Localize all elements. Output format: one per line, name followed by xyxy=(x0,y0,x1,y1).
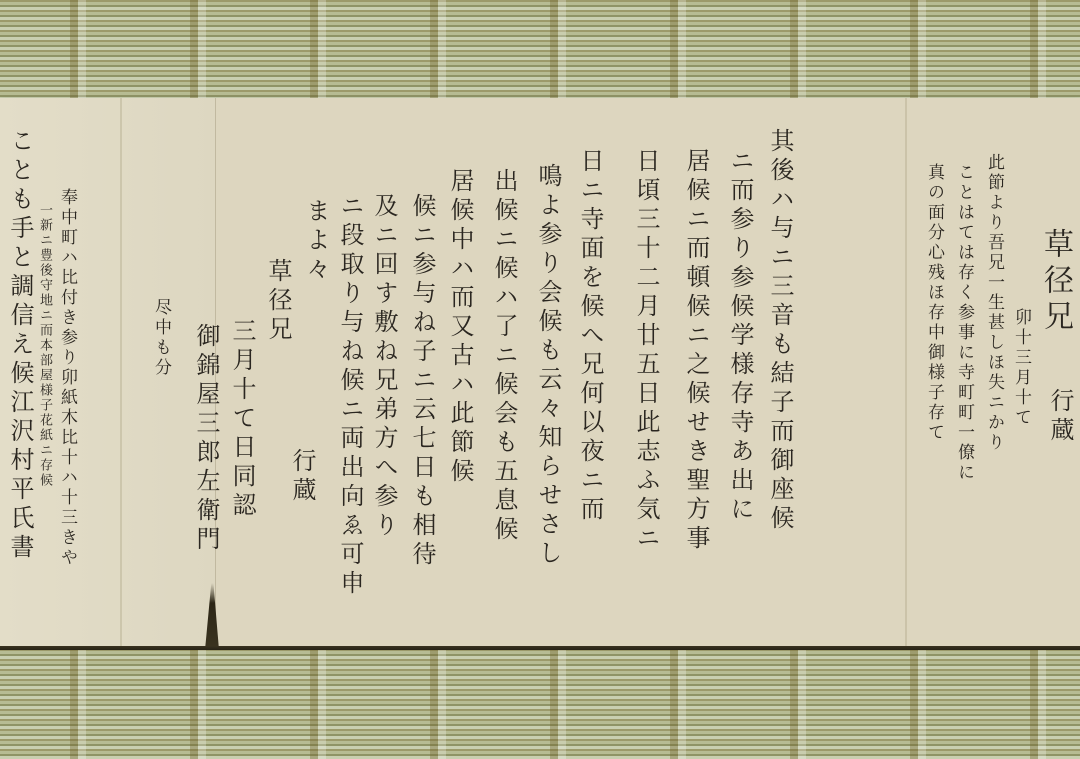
closing-addressee: 草径兄 xyxy=(266,258,290,345)
body-column: 居候ニ而頓候ニ之候せき聖方事 xyxy=(684,148,708,554)
body-column: 及ニ回す敷ね兄弟方へ参り xyxy=(372,193,396,541)
postscript-column: 奉中町ハ比付き参り卯紙木比十ハ十三きや xyxy=(58,188,75,568)
closing-date: 三月十て日同認 xyxy=(230,318,254,521)
body-column: ニ而参り参候学様存寺あ出に xyxy=(728,148,752,525)
body-column: 其後ハ与ニ三音も結子而御座候 xyxy=(768,128,792,534)
closing-line: 尽中も分 xyxy=(152,298,169,378)
tatami-mat-top xyxy=(0,0,1080,100)
opening-column: 此節より吾兄一生甚しほ失ニかり xyxy=(985,153,1002,453)
paper-seam xyxy=(120,98,122,650)
body-column: 日ニ寺面を候へ兄何以夜ニ而 xyxy=(578,148,602,525)
body-column: 候ニ参与ね子ニ云七日も相待 xyxy=(410,193,434,570)
body-column: ニ段取り与ね候ニ両出向ゑ可申 xyxy=(338,193,362,599)
body-column: 日頃三十二月廿五日此志ふ気ニ xyxy=(634,148,658,554)
opening-column: 真の面分心残ほ存中御様子存て xyxy=(925,163,942,443)
body-column: 出候ニ候ハ了ニ候会も五息候 xyxy=(492,168,516,545)
letter-scroll: 草径兄 卯十三月十て 行蔵 此節より吾兄一生甚しほ失ニかり ことはては存く参事に… xyxy=(0,98,1080,650)
body-column: 居候中ハ而又古ハ此節候 xyxy=(448,168,472,487)
tatami-mat-bottom xyxy=(0,650,1080,759)
paper-seam-right xyxy=(905,98,907,650)
body-column: 鳴よ参り会候も云々知らせさし xyxy=(536,163,560,569)
opening-column: ことはては存く参事に寺町町一僚に xyxy=(955,163,972,483)
postscript-column: ことも手と調信え候江沢村平氏書 xyxy=(8,128,32,563)
postscript-column: 一新ニ豊後守地ニ而本部屋様子花紙ニ存候 xyxy=(38,203,51,488)
letter-addressee-heading: 草径兄 xyxy=(1040,228,1070,336)
letter-date-note: 卯十三月十て xyxy=(1012,308,1029,428)
letter-sender-heading: 行蔵 xyxy=(1048,388,1072,446)
closing-line: 御錦屋三郎左衛門 xyxy=(194,323,218,555)
signature: 行蔵 xyxy=(290,448,314,506)
body-column: まよ々 xyxy=(304,198,328,285)
